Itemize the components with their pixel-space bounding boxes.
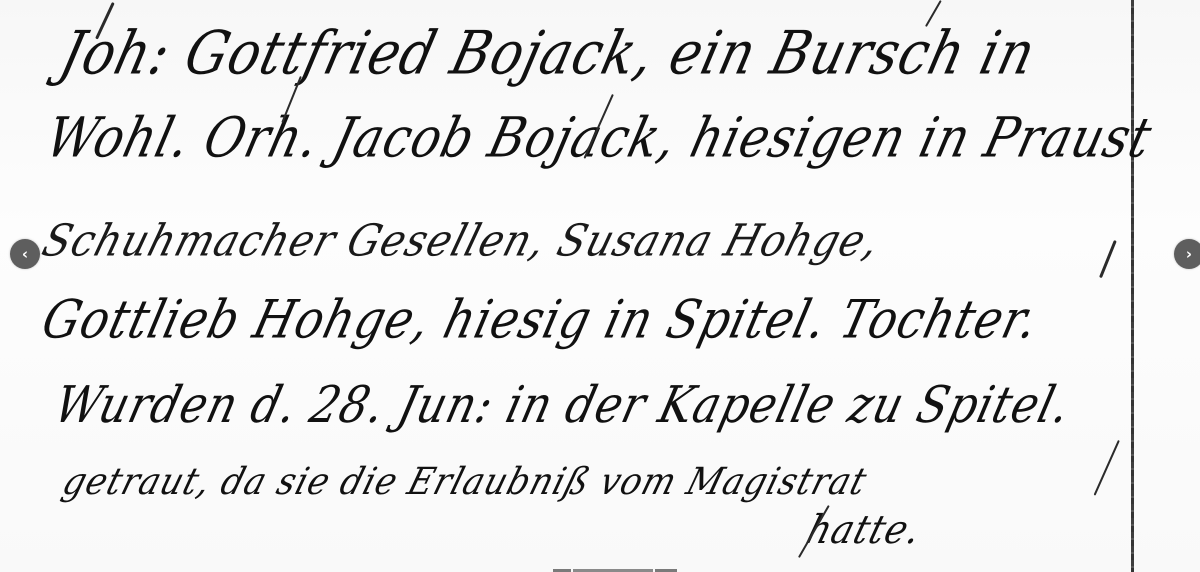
image-viewer: Joh: Gottfried Bojack, ein Bursch in Woh… <box>0 0 1200 572</box>
handwritten-line-2: Wohl. Orh. Jacob Bojack, hiesigen in Pra… <box>40 106 1159 170</box>
pen-stroke <box>1094 440 1120 496</box>
chevron-right-icon: › <box>1186 245 1192 263</box>
document-scan: Joh: Gottfried Bojack, ein Bursch in Woh… <box>0 0 1200 572</box>
handwritten-line-1: Joh: Gottfried Bojack, ein Bursch in <box>53 20 1042 89</box>
handwritten-line-5: Wurden d. 28. Jun: in der Kapelle zu Spi… <box>49 376 1077 435</box>
pen-stroke <box>1099 240 1117 278</box>
next-image-button[interactable]: › <box>1174 239 1200 269</box>
previous-image-button[interactable]: ‹ <box>10 239 40 269</box>
margin-rule-line <box>1131 0 1134 572</box>
handwritten-line-6: getraut, da sie die Erlaubniß vom Magist… <box>58 460 872 504</box>
handwritten-line-4: Gottlieb Hohge, hiesig in Spitel. Tochte… <box>36 288 1045 350</box>
handwritten-line-7: hatte. <box>802 508 927 553</box>
chevron-left-icon: ‹ <box>22 245 28 263</box>
handwritten-line-3: Schuhmacher Gesellen, Susana Hohge, <box>37 216 886 267</box>
